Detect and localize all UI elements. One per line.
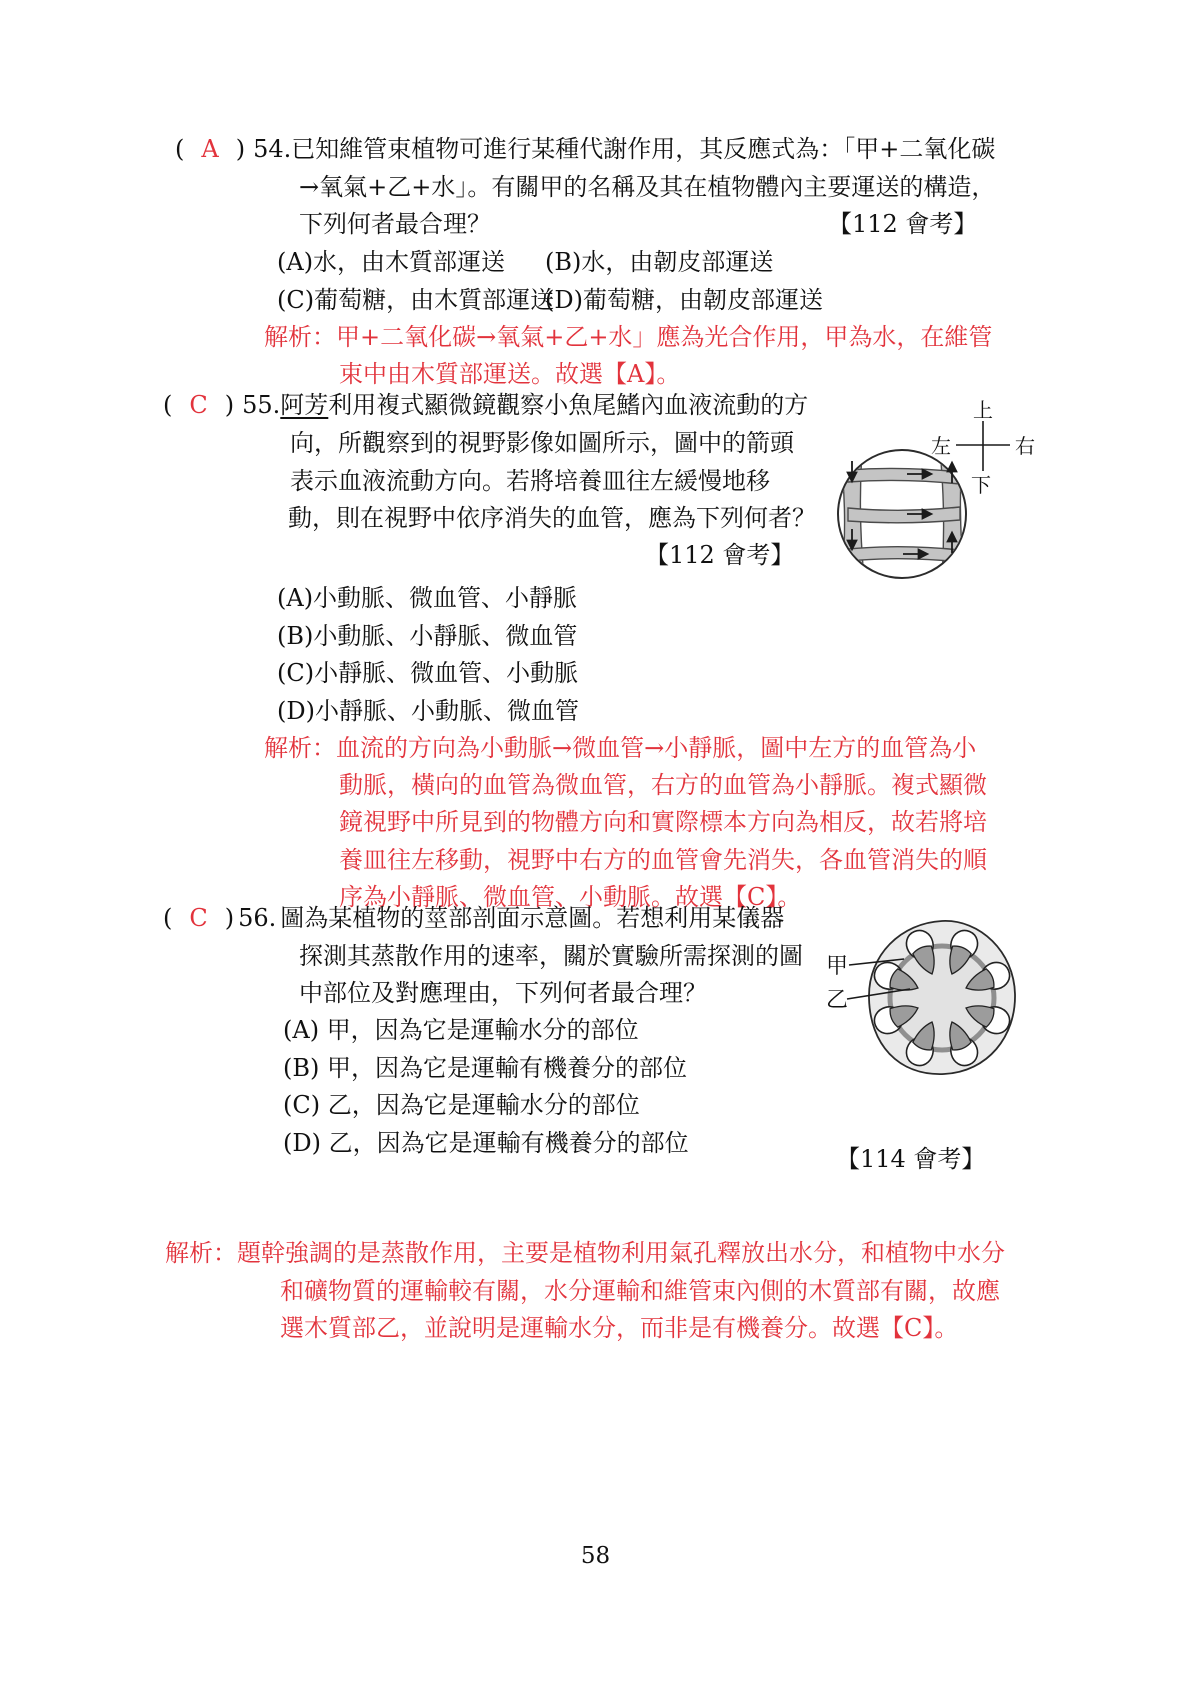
q54-analysis-line-2: 束中由木質部運送。故選【A】。 — [339, 359, 680, 389]
q55-stem-line-1: 利用複式顯微鏡觀察小魚尾鰭內血液流動的方 — [328, 391, 808, 419]
q55-option-c: (C)小靜脈、微血管、小動脈 — [277, 658, 578, 688]
q55-option-b: (B)小動脈、小靜脈、微血管 — [277, 621, 577, 651]
q55-analysis-line-4: 養皿往左移動，視野中右方的血管會先消失，各血管消失的順 — [339, 845, 987, 875]
q56-option-d: (D) 乙，因為它是運輸有機養分的部位 — [283, 1128, 689, 1158]
answer-paren-open: ( — [175, 135, 184, 163]
q56-stem-line-1: 圖為某植物的莖部剖面示意圖。若想利用某儀器 — [276, 904, 784, 932]
q56-option-c: (C) 乙，因為它是運輸水分的部位 — [283, 1090, 640, 1120]
answer-paren-open: ( — [163, 391, 172, 419]
vascular-ring — [890, 946, 994, 1050]
compass-bottom-label: 下 — [971, 473, 991, 497]
q54-source-tag: 【112 會考】 — [828, 209, 977, 239]
q55-analysis-line-1: 解析：血流的方向為小動脈→微血管→小靜脈，圖中左方的血管為小 — [264, 733, 976, 763]
q54-option-c: (C)葡萄糖，由木質部運送 — [277, 285, 554, 315]
q56-number: 56. — [234, 904, 276, 932]
q54-header: (A)54.已知維管束植物可進行某種代謝作用，其反應式為：「甲+二氧化碳 — [175, 134, 995, 164]
q55-option-d: (D)小靜脈、小動脈、微血管 — [277, 696, 579, 726]
q56-analysis-line-1: 解析：題幹強調的是蒸散作用，主要是植物利用氣孔釋放出水分，和植物中水分 — [165, 1238, 1005, 1268]
q54-number: 54. — [245, 135, 291, 163]
page-number: 58 — [0, 1543, 1191, 1569]
exam-page: (A)54.已知維管束植物可進行某種代謝作用，其反應式為：「甲+二氧化碳 →氧氣… — [0, 0, 1191, 1684]
q55-stem-line-2: 向，所觀察到的視野影像如圖所示，圖中的箭頭 — [290, 428, 794, 458]
q55-stem-line-3: 表示血液流動方向。若將培養皿往左緩慢地移 — [290, 466, 770, 496]
q55-answer-letter: C — [172, 391, 224, 419]
q54-answer-letter: A — [184, 135, 235, 163]
q56-analysis-line-2: 和礦物質的運輸較有關，水分運輸和維管束內側的木質部有關，故應 — [280, 1276, 1000, 1306]
answer-paren-open: ( — [163, 904, 172, 932]
q55-person-name: 阿芳 — [280, 391, 328, 419]
q55-stem-line-4: 動，則在視野中依序消失的血管，應為下列何者？ — [288, 503, 816, 533]
q55-analysis-line-2: 動脈，橫向的血管為微血管，右方的血管為小靜脈。複式顯微 — [339, 770, 987, 800]
q56-source-tag: 【114 會考】 — [836, 1144, 985, 1174]
q54-analysis-line-1: 解析：甲+二氧化碳→氧氣+乙+水」應為光合作用，甲為水，在維管 — [264, 322, 992, 352]
compass-right-label: 右 — [1015, 434, 1035, 458]
label-yi: 乙 — [826, 988, 848, 1013]
answer-paren-close: ) — [225, 904, 234, 932]
q55-option-a: (A)小動脈、微血管、小靜脈 — [277, 583, 577, 613]
q55-source-tag: 【112 會考】 — [645, 540, 794, 570]
q56-option-b: (B) 甲，因為它是運輸有機養分的部位 — [283, 1053, 687, 1083]
q54-option-b: (B)水，由韌皮部運送 — [545, 247, 773, 277]
stem-cross-section-diagram: 甲 乙 — [818, 912, 1018, 1080]
q56-answer-letter: C — [172, 904, 224, 932]
q56-stem-line-2: 探測其蒸散作用的速率，關於實驗所需探測的圖 — [299, 941, 803, 971]
label-jia: 甲 — [826, 954, 848, 979]
compass-top-label: 上 — [973, 398, 993, 422]
q54-stem-line-3: 下列何者最合理？ — [299, 209, 491, 239]
q56-option-a: (A) 甲，因為它是運輸水分的部位 — [283, 1015, 639, 1045]
microscope-blood-flow-diagram: 上 下 左 右 — [793, 373, 1038, 585]
q54-option-d: (D)葡萄糖，由韌皮部運送 — [545, 285, 823, 315]
q55-header: (C)55.阿芳利用複式顯微鏡觀察小魚尾鰭內血液流動的方 — [163, 390, 808, 420]
compass-left-label: 左 — [931, 434, 951, 458]
answer-paren-close: ) — [236, 135, 245, 163]
q54-stem-line-1: 已知維管束植物可進行某種代謝作用，其反應式為：「甲+二氧化碳 — [291, 135, 995, 163]
q54-stem-line-2: →氧氣+乙+水」。有關甲的名稱及其在植物體內主要運送的構造， — [299, 172, 995, 202]
q55-analysis-line-3: 鏡視野中所見到的物體方向和實際標本方向為相反，故若將培 — [339, 807, 987, 837]
q56-header: (C)56.圖為某植物的莖部剖面示意圖。若想利用某儀器 — [163, 903, 784, 933]
q56-analysis-line-3: 選木質部乙，並說明是運輸水分，而非是有機養分。故選【C】。 — [280, 1313, 958, 1343]
q55-number: 55. — [234, 391, 280, 419]
q56-stem-line-3: 中部位及對應理由，下列何者最合理？ — [299, 978, 707, 1008]
q54-option-a: (A)水，由木質部運送 — [277, 247, 505, 277]
answer-paren-close: ) — [225, 391, 234, 419]
blood-vessels — [840, 451, 964, 578]
